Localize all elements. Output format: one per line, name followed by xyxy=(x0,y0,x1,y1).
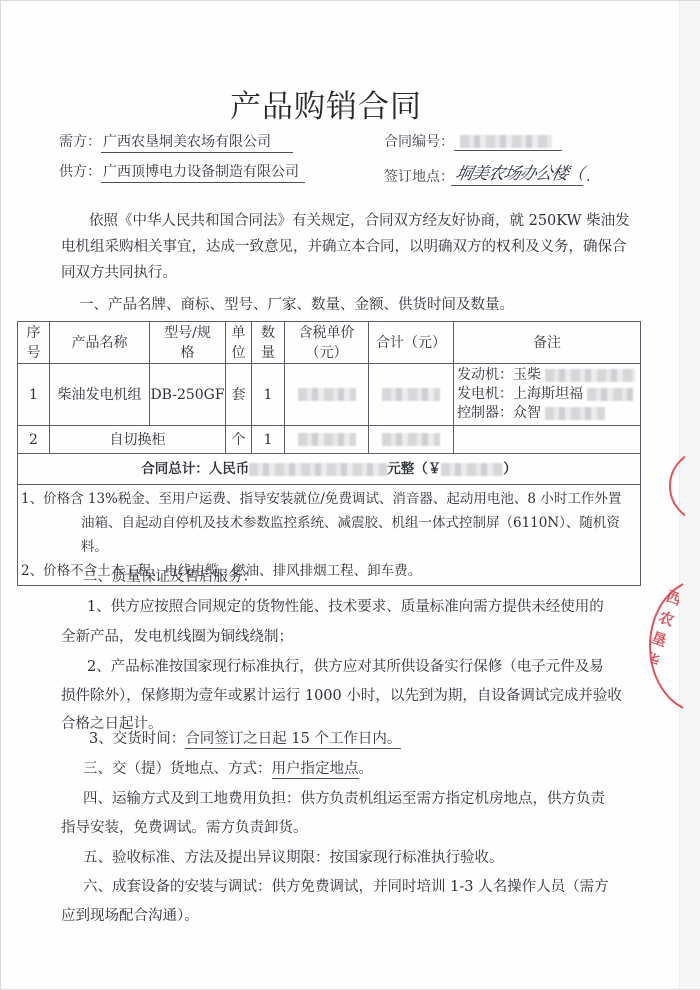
intro-paragraph: 依照《中华人民共和国合同法》有关规定，合同双方经友好协商，就 250KW 柴油发… xyxy=(61,208,631,286)
redacted-amount-words xyxy=(249,463,387,476)
row1-qty: 1 xyxy=(252,364,285,426)
contract-number-value xyxy=(454,133,562,151)
redacted-block xyxy=(545,369,635,382)
row1-subtotal xyxy=(369,364,454,426)
note-1-cont: 油箱、自起动自停机及技术参数监控系统、减震胶、机组一体式控制屏（6110N）、随… xyxy=(21,511,638,559)
remark-generator: 发电机：上海斯坦福 xyxy=(457,385,640,404)
section5-line1: 五、验收标准、方法及提出异议期限：按国家现行标准执行验收。 xyxy=(83,846,504,867)
table-total-row: 合同总计：人民币元整（￥） xyxy=(18,454,641,485)
section6-line2: 应到现场配合沟通）。 xyxy=(61,904,199,925)
total-suffix: ） xyxy=(503,461,517,477)
section4-line2: 指导安装，免费调试。需方负责卸货。 xyxy=(61,816,308,837)
section2-item2-line2: 损件除外），保修期为壹年或累计运行 1000 小时，以先到为期，自设备调试完成并… xyxy=(61,684,622,705)
row2-qty: 1 xyxy=(252,426,285,454)
section1-heading: 一、产品名牌、商标、型号、厂家、数量、金额、供货时间及数量。 xyxy=(79,293,514,314)
redacted-block xyxy=(298,388,356,401)
row2-unit: 个 xyxy=(226,426,252,454)
row1-model: DB-250GF xyxy=(150,364,226,426)
row2-remark xyxy=(454,426,641,454)
row1-remark: 发动机：玉柴 发电机：上海斯坦福 控制器：众智 xyxy=(454,364,641,426)
header-remark: 备注 xyxy=(454,322,641,364)
seller-label: 供方： xyxy=(59,164,101,180)
redacted-block xyxy=(382,433,440,446)
delivery-time-label: 3、交货时间： xyxy=(89,731,185,747)
redacted-block xyxy=(298,433,356,446)
total-middle: 元整（￥ xyxy=(387,461,441,477)
buyer-value: 广西农垦垌美农场有限公司 xyxy=(101,131,293,153)
table-row: 1 柴油发电机组 DB-250GF 套 1 发动机：玉柴 发电机：上海斯坦福 控… xyxy=(18,364,641,426)
redacted-block xyxy=(587,388,633,401)
header-model: 型号/规格 xyxy=(150,322,226,364)
redacted-block xyxy=(382,388,440,401)
section2-item1-line1: 1、供方应按照合同规定的货物性能、技术要求、质量标准向需方提供未经使用的 xyxy=(87,595,604,616)
table-header-row: 序号 产品名称 型号/规格 单位 数量 含税单价（元） 合计（元） 备注 xyxy=(18,322,641,364)
contract-number-field: 合同编号： xyxy=(384,131,562,151)
seal-text-clip: 西农垦华 xyxy=(651,586,679,706)
table-row: 2 自切换柜 个 1 xyxy=(18,426,641,454)
section3: 三、交（提）货地点、方式：用户指定地点。 xyxy=(83,757,373,779)
section3-label: 三、交（提）货地点、方式： xyxy=(83,761,272,777)
redacted-block xyxy=(460,135,552,148)
header-unit-price: 含税单价（元） xyxy=(285,322,369,364)
row1-unit-price xyxy=(285,364,369,426)
row1-unit: 套 xyxy=(226,364,252,426)
section6-line1: 六、成套设备的安装与调试：供方免费调试，并同时培训 1-3 人名操作人员（需方 xyxy=(83,875,609,896)
row2-no: 2 xyxy=(18,426,50,454)
row2-unit-price xyxy=(285,426,369,454)
remark-engine: 发动机：玉柴 xyxy=(457,366,640,385)
seller-value: 广西顶博电力设备制造有限公司 xyxy=(101,161,305,183)
delivery-time-value: 合同签订之日起 15 个工作日内。 xyxy=(185,727,401,749)
section2-heading: 二、质量保证及售后服务： xyxy=(83,565,257,586)
row1-name: 柴油发电机组 xyxy=(50,364,150,426)
buyer-field: 需方：广西农垦垌美农场有限公司 xyxy=(59,131,293,153)
sign-place-label: 签订地点： xyxy=(384,169,454,185)
section2-item2-line1: 2、产品标准按国家现行标准执行，供方应对其所供设备实行保修（电子元件及易 xyxy=(87,655,604,676)
contract-total: 合同总计：人民币元整（￥） xyxy=(18,454,641,485)
header-unit: 单位 xyxy=(226,322,252,364)
note-1: 1、价格含 13%税金、至用户运费、指导安装就位/免费调试、消音器、起动用电池、… xyxy=(21,487,638,511)
section2-item1-line2: 全新产品，发电机线圈为铜线绕制； xyxy=(61,625,293,646)
items-table: 序号 产品名称 型号/规格 单位 数量 含税单价（元） 合计（元） 备注 1 柴… xyxy=(17,321,641,586)
sign-place-handwriting: 垌美农场办公楼（手写） xyxy=(451,159,589,186)
document-title: 产品购销合同 xyxy=(1,81,651,126)
remark-controller: 控制器：众智 xyxy=(457,404,640,423)
row2-name: 自切换柜 xyxy=(50,426,226,454)
header-qty: 数量 xyxy=(252,322,285,364)
header-no: 序号 xyxy=(18,322,50,364)
total-prefix: 合同总计：人民币 xyxy=(141,461,249,477)
seal-text: 西农垦华 xyxy=(651,586,679,675)
redacted-amount-number xyxy=(441,463,503,476)
seller-field: 供方：广西顶博电力设备制造有限公司 xyxy=(59,161,305,183)
redacted-block xyxy=(545,407,605,420)
section4-line1: 四、运输方式及到工地费用负担：供方负责机组运至需方指定机房地点，供方负责 xyxy=(83,787,605,808)
row2-subtotal xyxy=(369,426,454,454)
document-page: 产品购销合同 需方：广西农垦垌美农场有限公司 供方：广西顶博电力设备制造有限公司… xyxy=(0,0,700,990)
section3-value: 用户指定地点 xyxy=(272,757,359,779)
header-subtotal: 合计（元） xyxy=(369,322,454,364)
section2-item3: 3、交货时间：合同签订之日起 15 个工作日内。 xyxy=(89,727,401,749)
header-name: 产品名称 xyxy=(50,322,150,364)
contract-number-label: 合同编号： xyxy=(384,134,454,150)
buyer-label: 需方： xyxy=(59,134,101,150)
row1-no: 1 xyxy=(18,364,50,426)
sign-place-field: 签订地点：垌美农场办公楼（手写）. xyxy=(384,159,590,186)
